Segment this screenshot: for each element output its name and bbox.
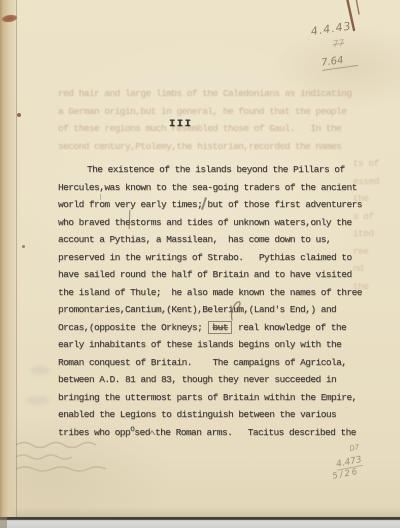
typed-segment: sed the Roman arms. Tacitus described th… <box>134 427 356 438</box>
rust-dot <box>22 245 25 248</box>
typed-segment-sup: o <box>130 425 134 434</box>
pencil-flourish-mark <box>228 301 242 321</box>
typed-line: early inhabitants of these islands begin… <box>58 336 362 354</box>
pencil-tick-mark <box>100 194 101 200</box>
typed-paragraph: The existence of the islands beyond the … <box>58 161 362 441</box>
underlying-page-corner <box>0 517 7 528</box>
typed-segment: enabled the Legions to distinguish betwe… <box>58 409 336 420</box>
typed-line: tribes who opposed the Roman arms. Tacit… <box>58 424 362 442</box>
ghost-line: second century,Ptolemy,the historian,rec… <box>58 138 352 156</box>
typed-line: the island of Thule; he also made known … <box>58 284 362 302</box>
typed-line: preserved in the writings of Strabo. Pyt… <box>58 249 362 267</box>
typed-line: bringing the uttermost parts of Britain … <box>58 389 362 407</box>
typed-segment-boxed-strike: but <box>208 321 231 334</box>
rust-dot <box>17 113 21 117</box>
typed-segment: bringing the uttermost parts of Britain … <box>58 392 357 403</box>
typed-segment: The existence of the islands beyond the … <box>87 164 345 175</box>
underlying-page-edge <box>0 517 400 528</box>
typed-line: Orcas,(opposite the Orkneys; but real kn… <box>58 319 362 337</box>
annotation-number-struck: 77 <box>332 39 345 50</box>
typed-segment: who braved thestorms and tides of unknow… <box>58 217 352 228</box>
erased-pencil-scribbles <box>14 440 114 476</box>
typed-segment: early inhabitants of these islands begin… <box>58 339 341 350</box>
typed-line: account a Pythias, a Massilean, has come… <box>58 231 362 249</box>
typed-line: Hercules,was known to the sea-going trad… <box>58 179 362 197</box>
pencil-smudge <box>30 366 50 375</box>
typed-segment: have sailed round the half of Britain an… <box>58 269 352 280</box>
typed-segment: Orcas,(opposite the Orkneys; <box>58 322 207 333</box>
handwritten-annotation-top-right: 4.4.43 77 7.64 <box>310 19 358 71</box>
typed-line: promontaries,Cantium,(Kent),Belerium,(La… <box>58 301 362 319</box>
scanned-typescript-page: red hair and large limbs of the Caledoni… <box>0 0 400 528</box>
typed-line: world from very early times; but of thos… <box>58 196 362 214</box>
typed-line: who braved thestorms and tides of unknow… <box>58 214 362 232</box>
ghost-line: of these regions much resembled those of… <box>58 120 352 138</box>
chapter-heading: III <box>169 118 192 130</box>
handwritten-annotation-bottom-right: D7 4.473 5/26 <box>327 442 365 481</box>
typed-line: have sailed round the half of Britain an… <box>58 266 362 284</box>
show-through-text: red hair and large limbs of the Caledoni… <box>58 85 352 155</box>
typed-segment: preserved in the writings of Strabo. Pyt… <box>58 252 352 263</box>
ghost-line: a German origin,but in general, he found… <box>58 103 352 121</box>
typed-line: between A.D. 81 and 83, though they neve… <box>58 371 362 389</box>
typed-segment: promontaries,Cantium,(Kent),Belerium,(La… <box>58 304 336 315</box>
typed-line: enabled the Legions to distinguish betwe… <box>58 406 362 424</box>
typed-segment: world from very early times; but of thos… <box>58 199 362 210</box>
typed-segment: Roman conquest of Britain. The campaigns… <box>58 357 346 368</box>
typed-segment: between A.D. 81 and 83, though they neve… <box>58 374 336 385</box>
pencil-smudge <box>27 396 49 405</box>
typed-segment: real knowledge of the <box>233 322 346 333</box>
pencil-caret-mark <box>148 430 156 436</box>
typed-line: The existence of the islands beyond the … <box>58 161 362 179</box>
page-bottom-shadow <box>0 507 400 517</box>
typed-segment: tribes who opp <box>58 427 130 438</box>
ghost-line: red hair and large limbs of the Caledoni… <box>58 85 352 103</box>
typed-segment: Hercules,was known to the sea-going trad… <box>58 182 357 193</box>
typed-line: Roman conquest of Britain. The campaigns… <box>58 354 362 372</box>
typed-segment: account a Pythias, a Massilean, has come… <box>58 234 331 245</box>
typed-segment: the island of Thule; he also made known … <box>58 287 362 298</box>
